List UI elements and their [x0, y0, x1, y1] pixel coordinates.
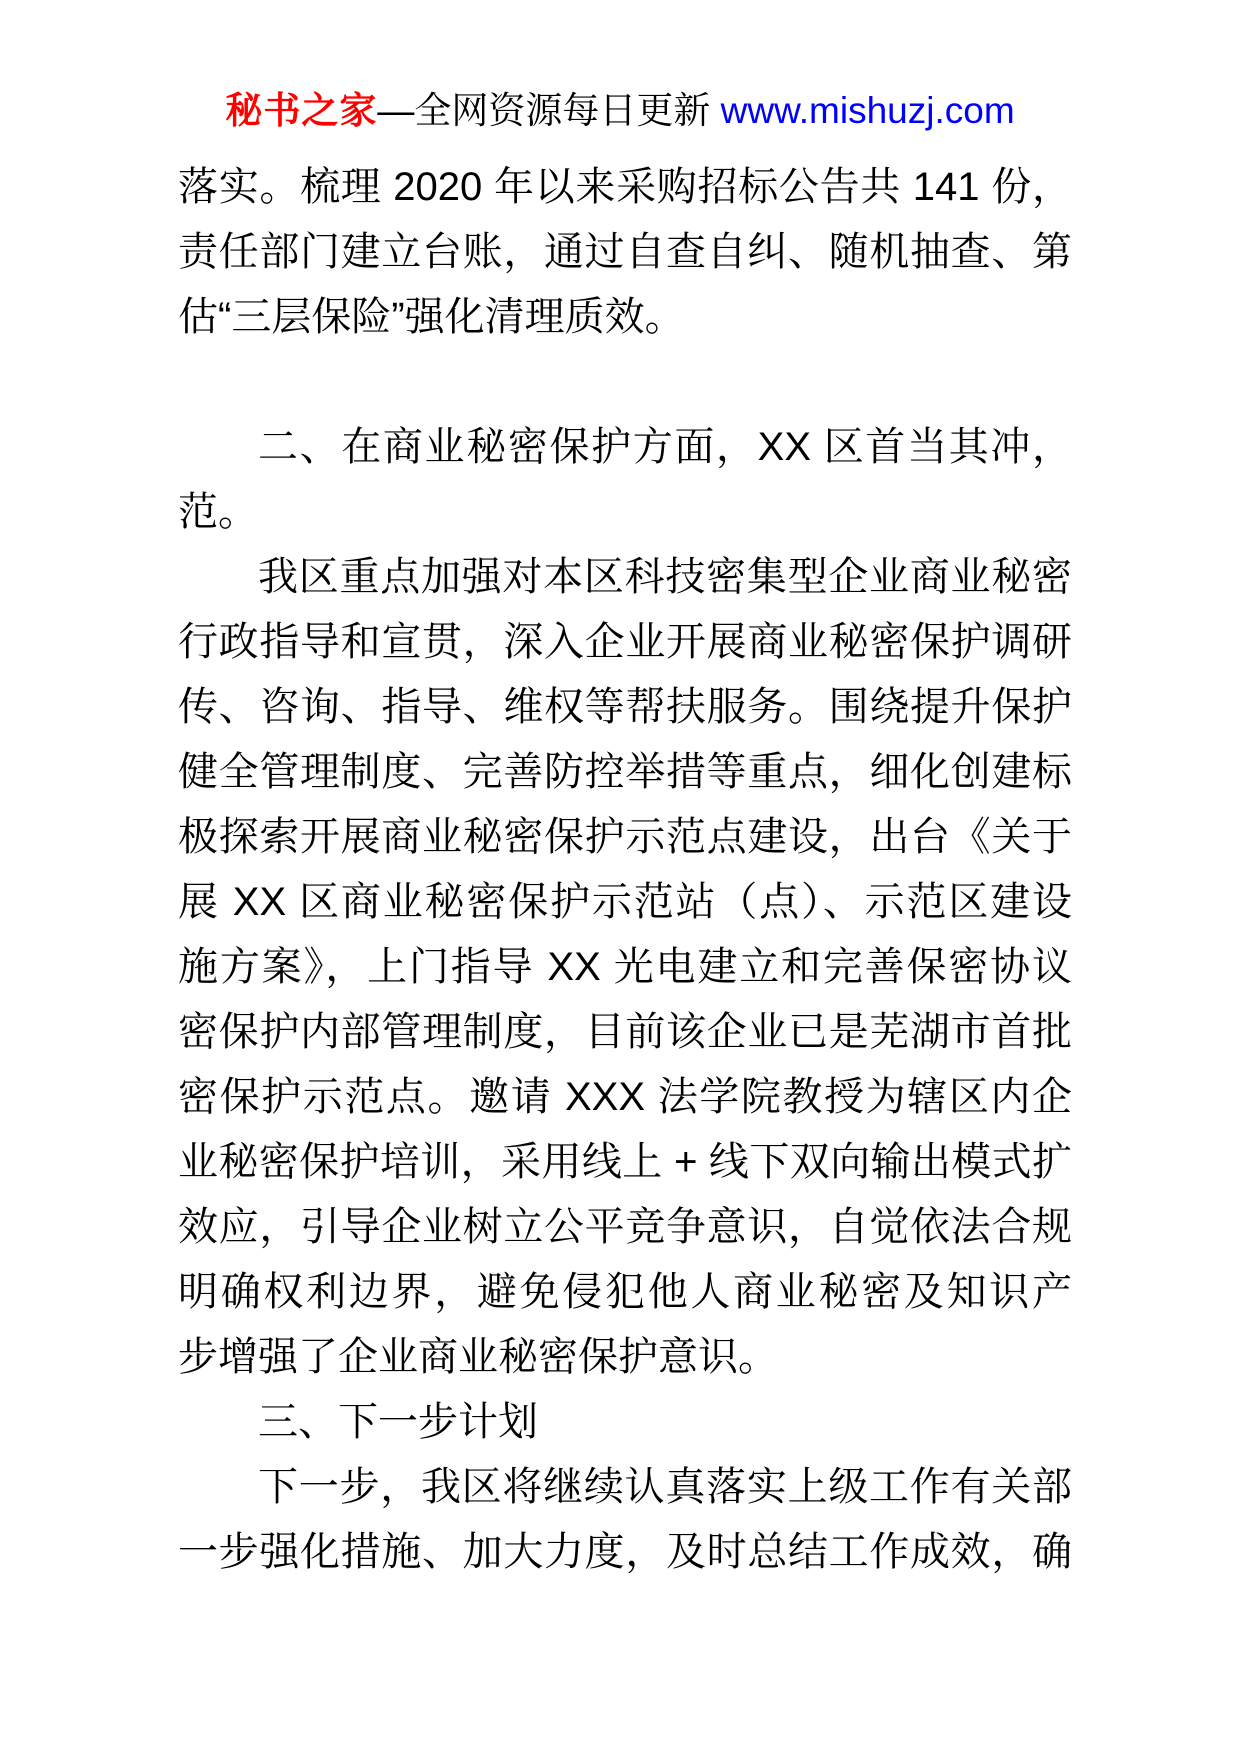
doc-line: 责任部门建立台账，通过自查自纠、随机抽查、第三方评 — [178, 220, 1072, 285]
site-tagline: —全网资源每日更新 — [377, 90, 720, 131]
doc-blank-line — [178, 350, 1072, 415]
doc-line: 密保护内部管理制度，目前该企业已是芜湖市首批商业秘 — [178, 1000, 1072, 1065]
doc-heading-line: 三、下一步计划 — [178, 1390, 1072, 1455]
doc-line: 传、咨询、指导、维权等帮扶服务。围绕提升保护意识、 — [178, 675, 1072, 740]
doc-line: 展 XX 区商业秘密保护示范站（点）、示范区建设工作的实 — [178, 870, 1072, 935]
doc-line: 健全管理制度、完善防控举措等重点，细化创建标准，积 — [178, 740, 1072, 805]
doc-heading-line: 二、在商业秘密保护方面，XX 区首当其冲，创建示 — [178, 415, 1072, 480]
doc-line: 下一步，我区将继续认真落实上级工作有关部署，进 — [178, 1455, 1072, 1520]
site-brand: 秘书之家 — [225, 90, 377, 131]
document-page: 秘书之家—全网资源每日更新 www.mishuzj.com 落实。梳理 2020… — [0, 0, 1240, 1754]
doc-line: 密保护示范点。邀请 XXX 法学院教授为辖区内企业开展商 — [178, 1065, 1072, 1130]
doc-line: 行政指导和宣贯，深入企业开展商业秘密保护调研和宣 — [178, 610, 1072, 675]
doc-line: 明确权利边界，避免侵犯他人商业秘密及知识产权，进一 — [178, 1260, 1072, 1325]
document-body: 落实。梳理 2020 年以来采购招标公告共 141 份，并按照 责任部门建立台账… — [178, 155, 1072, 1585]
site-url-link[interactable]: www.mishuzj.com — [721, 90, 1015, 131]
page-header: 秘书之家—全网资源每日更新 www.mishuzj.com — [0, 85, 1240, 137]
doc-line: 一步强化措施、加大力度，及时总结工作成效，确保工作 — [178, 1520, 1072, 1585]
doc-line: 步增强了企业商业秘密保护意识。 — [178, 1325, 1072, 1390]
doc-heading-line: 范。 — [178, 480, 1072, 545]
doc-line: 极探索开展商业秘密保护示范点建设，出台《关于组织开 — [178, 805, 1072, 870]
doc-line: 我区重点加强对本区科技密集型企业商业秘密保护的 — [178, 545, 1072, 610]
doc-line: 施方案》，上门指导 XX 光电建立和完善保密协议等商业秘 — [178, 935, 1072, 1000]
doc-line: 估“三层保险”强化清理质效。 — [178, 285, 1072, 350]
doc-line: 效应，引导企业树立公平竞争意识，自觉依法合规经营， — [178, 1195, 1072, 1260]
doc-line: 业秘密保护培训，采用线上 + 线下双向输出模式扩大宣传 — [178, 1130, 1072, 1195]
doc-line: 落实。梳理 2020 年以来采购招标公告共 141 份，并按照 — [178, 155, 1072, 220]
